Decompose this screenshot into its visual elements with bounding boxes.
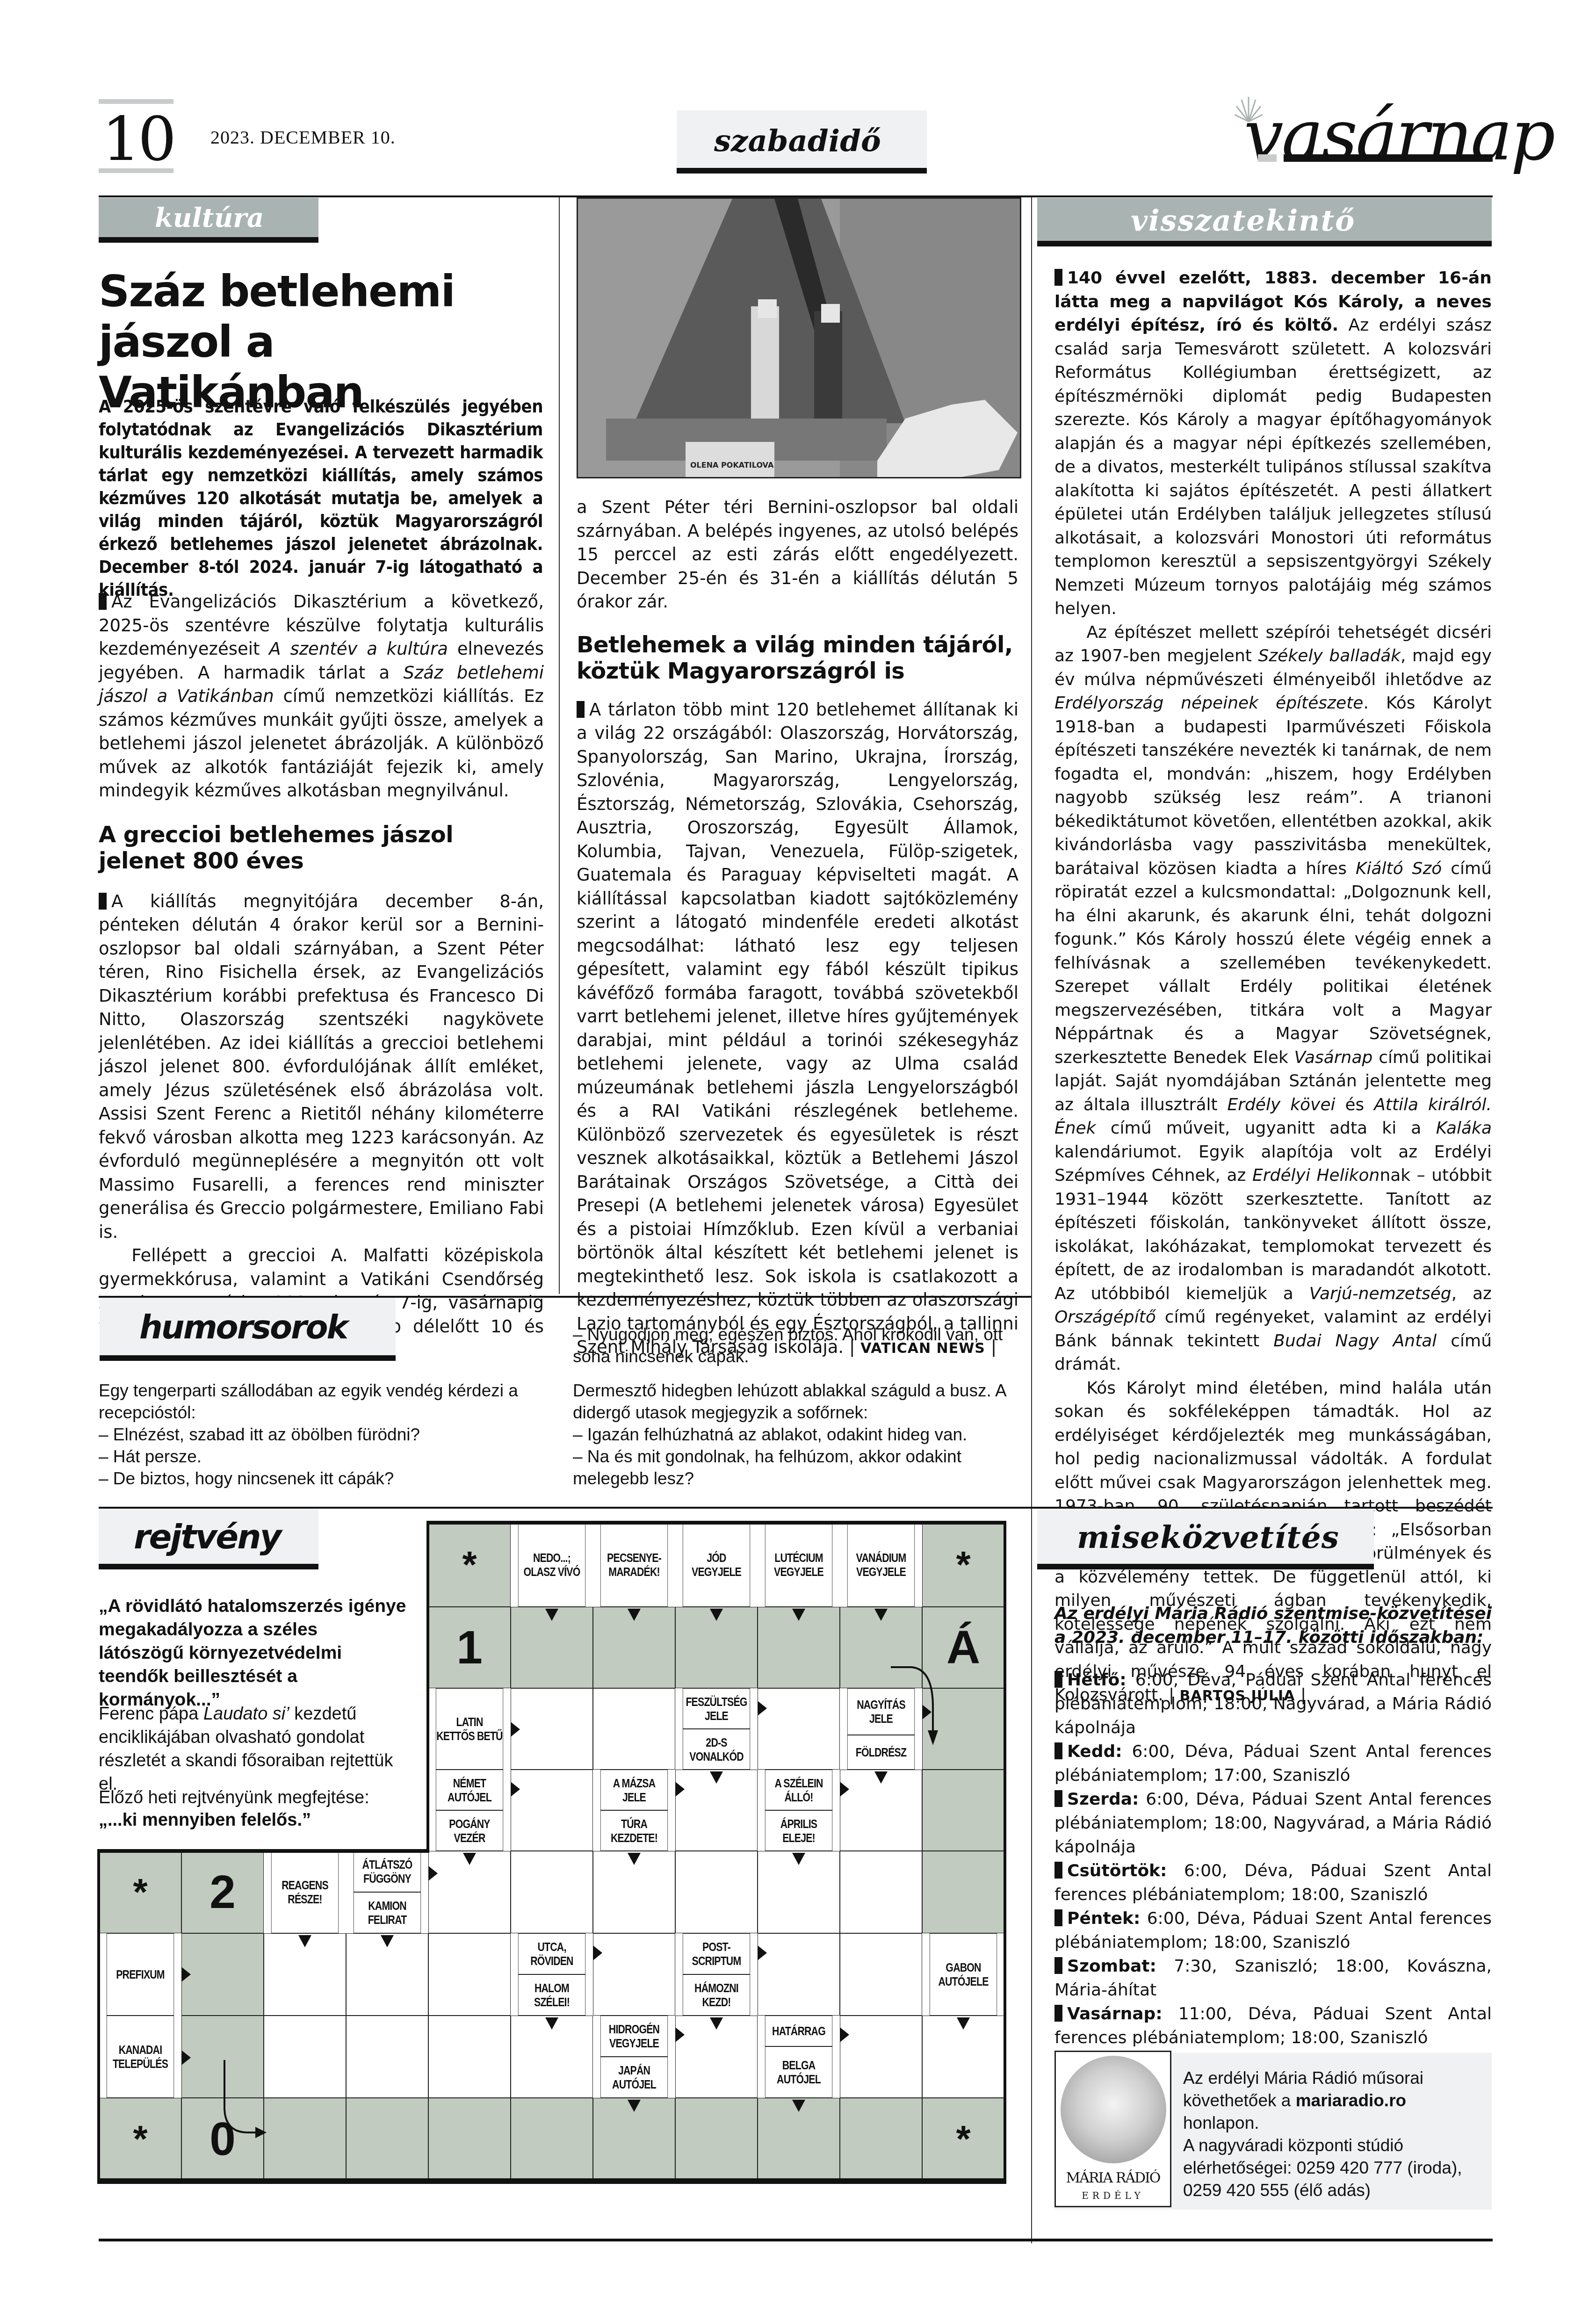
arrow-down-icon <box>710 2017 723 2030</box>
section-tab-szabadido: szabadidő <box>677 110 927 173</box>
maria-radio-info: Az erdélyi Mária Rádió műsorai követhető… <box>1183 2067 1482 2202</box>
maria-radio-logo: MÁRIA RÁDIÓ ERDÉLY <box>1054 2051 1171 2207</box>
clue-gabon: GABON AUTÓJELE <box>930 1933 997 2016</box>
section-tab-rejtveny: rejtvény <box>99 1509 318 1569</box>
curved-arrow-icon <box>220 2058 276 2142</box>
text: A tárlaton több mint 120 betlehemet állí… <box>577 700 1018 1358</box>
answer-cell[interactable] <box>840 1851 922 1933</box>
clue-jod: JÓD VEGYJELE <box>683 1523 750 1607</box>
section-tab-misekozvetites: miseközvetítés <box>1037 1509 1374 1569</box>
mass-day-item: Szerda: 6:00, Déva, Páduai Szent Antal f… <box>1054 1787 1492 1859</box>
text: . Kós Károlyt 1918-ban a budapesti Iparm… <box>1054 694 1492 878</box>
article-body-col1: Az Evangelizációs Dikasztérium a követke… <box>99 590 544 1362</box>
paragraph-marker-icon <box>1054 1909 1062 1926</box>
text-italic: Kaláka <box>1436 1119 1492 1138</box>
text: nak – utóbbit 1931–1944 között szerkeszt… <box>1054 1166 1492 1303</box>
crossword-row-number-1: 1 <box>428 1607 511 1688</box>
puzzle-intro: Ferenc pápa Laudato si’ kezdetű enciklik… <box>99 1702 407 1796</box>
paragraph-marker-icon <box>1054 269 1062 286</box>
clue-nedo: NEDO...; OLASZ VÍVÓ <box>518 1523 585 1607</box>
arrow-down-icon <box>792 2100 805 2112</box>
text-italic: Erdély kövei <box>1227 1095 1335 1114</box>
subheadline: A greccioi betlehemes jászol jelenet 800… <box>99 822 544 874</box>
answer-cell[interactable] <box>511 1770 593 1851</box>
text: , az <box>1452 1284 1492 1303</box>
joke-line: – De biztos, hogy nincsenek itt cápák? <box>99 1467 534 1489</box>
arrow-down-icon <box>710 1609 723 1621</box>
answer-cell[interactable] <box>675 2098 758 2180</box>
text: című műveit, ugyanitt adta ki a <box>1096 1119 1436 1138</box>
arrow-down-icon <box>463 1853 476 1865</box>
answer-cell[interactable] <box>840 2098 922 2180</box>
arrow-down-icon <box>874 1771 888 1784</box>
day-label: Vasárnap: <box>1067 2004 1163 2024</box>
clue-szelein: A SZÉLEIN ÁLLÓ! <box>765 1770 832 1810</box>
crossword-star-cell: * <box>922 2098 1004 2180</box>
arrow-right-icon <box>181 2050 191 2065</box>
crossword-star-cell: * <box>99 1851 181 1933</box>
clue-belga: BELGA AUTÓJEL <box>765 2046 832 2098</box>
previous-solution-answer: „...ki mennyiben felelős.” <box>99 1809 417 1831</box>
answer-cell[interactable] <box>922 1851 1004 1933</box>
arrow-right-icon <box>428 1866 438 1881</box>
section-tab-humorsorok: humorsorok <box>100 1298 396 1361</box>
clue-prefixum: PREFIXUM <box>107 1933 174 2016</box>
paragraph-marker-icon <box>577 701 585 718</box>
arrow-right-icon <box>758 1701 767 1716</box>
answer-cell[interactable] <box>675 1851 758 1933</box>
clue-latin: LATIN KETTŐS BETŰ <box>436 1688 503 1770</box>
mass-day-item: Kedd: 6:00, Déva, Páduai Szent Antal fer… <box>1054 1740 1492 1787</box>
logo-title: MÁRIA RÁDIÓ <box>1056 2170 1170 2186</box>
text-italic: Székely balladák <box>1258 646 1401 665</box>
paragraph-marker-icon <box>1054 1862 1062 1879</box>
arrow-right-icon <box>840 2027 849 2042</box>
mass-day-item: Csütörtök: 6:00, Déva, Páduai Szent Anta… <box>1054 1859 1492 1907</box>
clue-post: POST-SCRIPTUM <box>683 1933 750 1974</box>
crossword-star-cell: * <box>428 1523 511 1607</box>
logo-bar-light <box>1258 154 1277 162</box>
section-tab-visszatekinto: visszatekintő <box>1037 198 1492 246</box>
clue-japan: JAPÁN AUTÓJEL <box>600 2057 668 2098</box>
section-tab-label: rejtvény <box>134 1517 280 1556</box>
arrow-down-icon <box>792 1853 805 1865</box>
text-italic: Erdélyország népeinek építészete <box>1054 694 1363 713</box>
day-label: Szerda: <box>1067 1790 1139 1809</box>
joke-line: – Igazán felhúzhatná az ablakot, odakint… <box>573 1424 1017 1445</box>
clue-pecsenye: PECSENYE-MARADÉK! <box>600 1523 668 1607</box>
headline-line-1: Száz betlehemi <box>99 267 543 317</box>
clue-kanadai: KANADAI TELEPÜLÉS <box>107 2016 174 2098</box>
text-italic: Kiáltó Szó <box>1356 859 1442 878</box>
text: A kiállítás megnyitójára december 8-án, … <box>99 891 544 1242</box>
answer-cell[interactable] <box>922 1770 1004 1851</box>
logo-bar-dark <box>1284 154 1493 162</box>
arrow-right-icon <box>593 1945 602 1960</box>
paragraph-marker-icon <box>1054 2005 1062 2022</box>
answer-cell[interactable] <box>264 2098 346 2180</box>
arrow-down-icon <box>628 1853 641 1865</box>
arrow-down-icon <box>545 1609 558 1621</box>
answer-cell[interactable] <box>511 1851 593 1933</box>
day-label: Kedd: <box>1067 1742 1122 1761</box>
mass-schedule: Az erdélyi Mária Rádió szentmise-közvetí… <box>1054 1602 1492 2050</box>
bottom-rule <box>99 2239 1493 2241</box>
paragraph: a Szent Péter téri Bernini-oszlopsor bal… <box>577 496 1018 614</box>
answer-cell[interactable] <box>264 2016 346 2098</box>
joke-line: – Nyugodjon meg, egészen biztos. Ahol kr… <box>573 1323 1017 1367</box>
day-label: Péntek: <box>1067 1909 1140 1928</box>
answer-cell[interactable] <box>593 1688 675 1770</box>
grid-border <box>426 1521 429 1853</box>
clue-hidrogen: HIDROGÉN VEGYJELE <box>600 2016 668 2057</box>
grid-border <box>426 1521 1006 1525</box>
arrow-right-icon <box>181 1967 191 1982</box>
nativity-scene-illustration <box>578 199 1020 477</box>
clue-nemet: NÉMET AUTÓJEL <box>436 1770 503 1810</box>
arrow-right-icon <box>511 1782 520 1797</box>
crossword-star-cell: * <box>99 2098 181 2180</box>
answer-cell[interactable] <box>428 2016 511 2098</box>
arrow-down-icon <box>792 1609 805 1621</box>
arrow-right-icon <box>675 2027 685 2042</box>
arrow-right-icon <box>675 1782 685 1797</box>
section-tab-kultura: kultúra <box>99 198 318 243</box>
text: Az erdélyi szász család sarja Temesvárot… <box>1054 316 1492 618</box>
day-label: Csütörtök: <box>1067 1861 1167 1880</box>
section-tab-label: miseközvetítés <box>1077 1519 1339 1555</box>
article-body-retro: 140 évvel ezelőtt, 1883. december 16-án … <box>1054 267 1492 1708</box>
grid-border <box>97 1849 428 1853</box>
joke-2: Dermesztő hidegben lehúzott ablakkal szá… <box>573 1380 1017 1489</box>
clue-mazsa: A MÁZSA JELE <box>600 1770 668 1810</box>
clue-hamozni: HÁMOZNI KEZD! <box>683 1974 750 2016</box>
previous-solution: Előző heti rejtvényünk megfejtése: „...k… <box>99 1786 417 1831</box>
clue-vonalkod: 2D-S VONALKÓD <box>683 1729 750 1770</box>
text: és <box>1336 1095 1374 1114</box>
curved-arrow-icon <box>888 1665 945 1749</box>
paragraph-marker-icon <box>1054 1957 1062 1974</box>
madonna-image-icon <box>1061 2056 1166 2163</box>
section-tab-label: humorsorok <box>139 1308 347 1346</box>
arrow-down-icon <box>628 2100 641 2112</box>
mass-day-item: Péntek: 6:00, Déva, Páduai Szent Antal f… <box>1054 1907 1492 1954</box>
joke-line: – Na és mit gondolnak, ha felhúzom, akko… <box>573 1445 1017 1489</box>
text: Ferenc pápa <box>99 1704 203 1724</box>
answer-cell[interactable] <box>511 1688 593 1770</box>
mass-day-item: Vasárnap: 11:00, Déva, Páduai Szent Anta… <box>1054 2002 1492 2050</box>
text-italic: Országépítő <box>1054 1308 1156 1327</box>
article-lead: A 2025-ös szentévre való felkészülés jeg… <box>99 395 543 601</box>
grid-border <box>97 2178 1006 2184</box>
answer-cell[interactable] <box>593 1933 675 2016</box>
arrow-down-icon <box>957 2017 970 2030</box>
arrow-down-icon <box>874 1609 888 1621</box>
logo-subtitle: ERDÉLY <box>1056 2190 1170 2201</box>
text-italic: Vasárnap <box>1294 1048 1373 1067</box>
issue-date: 2023. DECEMBER 10. <box>210 126 396 148</box>
answer-cell[interactable] <box>346 2016 428 2098</box>
mass-intro: Az erdélyi Mária Rádió szentmise-közvetí… <box>1054 1602 1492 1649</box>
arrow-down-icon <box>628 1609 641 1621</box>
paragraph-marker-icon <box>1054 1790 1062 1807</box>
answer-cell[interactable] <box>181 1933 264 2016</box>
clue-aprilis: ÁPRILIS ELEJE! <box>765 1810 832 1851</box>
arrow-right-icon <box>758 1945 767 1960</box>
day-label: Hétfő: <box>1067 1670 1127 1690</box>
section-tab-label: visszatekintő <box>1131 203 1355 238</box>
photo-label: OLENA POKATILOVA <box>690 461 773 470</box>
paragraph-marker-icon <box>1054 1742 1062 1759</box>
clue-feszultseg: FESZÜLTSÉG JELE <box>683 1688 750 1729</box>
website-link[interactable]: mariaradio.ro <box>1296 2091 1406 2110</box>
answer-cell[interactable] <box>346 2098 428 2180</box>
clue-utca: UTCA, RÖVIDEN <box>518 1933 585 1974</box>
paragraph-marker-icon <box>99 893 107 910</box>
answer-cell[interactable] <box>428 2098 511 2180</box>
arrow-right-icon <box>511 1722 520 1737</box>
text: című röpiratát ezzel a kulcsmondattal: „… <box>1054 859 1492 1067</box>
clue-lutecium: LUTÉCIUM VEGYJELE <box>765 1523 832 1607</box>
text-italic: Varjú-nemzetség <box>1309 1284 1452 1303</box>
joke-line: Egy tengerparti szállodában az egyik ven… <box>99 1380 534 1424</box>
text-italic: Erdélyi Helikon <box>1252 1166 1379 1185</box>
text-italic: A szentév a kultúra <box>269 639 448 659</box>
column-divider <box>1031 197 1032 2243</box>
arrow-down-icon <box>381 1935 394 1947</box>
grid-border <box>97 1849 100 2182</box>
nativity-photo: OLENA POKATILOVA <box>577 197 1021 478</box>
answer-cell[interactable] <box>511 2098 593 2180</box>
paragraph-marker-icon <box>1054 1671 1062 1688</box>
mass-day-item: Hétfő: 6:00, Déva, Páduai Szent Antal fe… <box>1054 1668 1492 1740</box>
section-tab-label: szabadidő <box>714 123 881 159</box>
grid-border <box>1004 1521 1006 2182</box>
page-number-bar-bottom <box>99 168 173 173</box>
answer-cell[interactable] <box>840 2016 922 2098</box>
arrow-down-icon <box>298 1935 311 1947</box>
day-label: Szombat: <box>1067 1957 1156 1976</box>
text: A nagyváradi központi stúdió elérhetőség… <box>1183 2136 1462 2200</box>
article-body-col2: a Szent Péter téri Bernini-oszlopsor bal… <box>577 496 1018 1361</box>
text-italic: Laudato si’ <box>203 1704 289 1724</box>
mass-day-item: Szombat: 7:30, Szaniszló; 18:00, Kovászn… <box>1054 1954 1492 2002</box>
clue-tura: TÚRA KEZDETE! <box>600 1810 668 1851</box>
crossword-star-cell: * <box>922 1523 1004 1607</box>
text: honlapon. <box>1183 2113 1259 2132</box>
puzzle-quote: „A rövidlátó hatalomszerzés igénye megak… <box>99 1595 407 1712</box>
clue-kamion: KAMION FELIRAT <box>354 1892 421 1933</box>
section-tab-label: kultúra <box>155 202 264 233</box>
arrow-down-icon <box>545 2017 558 2030</box>
answer-cell[interactable] <box>840 1933 922 2016</box>
subheadline: Betlehemek a világ minden tájáról, köztü… <box>577 632 1018 684</box>
joke-1: Egy tengerparti szállodában az egyik ven… <box>99 1380 534 1489</box>
joke-1-punchline: – Nyugodjon meg, egészen biztos. Ahol kr… <box>573 1323 1017 1367</box>
previous-solution-label: Előző heti rejtvényünk megfejtése: <box>99 1786 417 1809</box>
clue-atlatszo: ÁTLÁTSZÓ FÜGGÖNY <box>354 1851 421 1892</box>
answer-cell[interactable] <box>758 1688 840 1770</box>
answer-cell[interactable] <box>758 1933 840 2016</box>
column-divider <box>559 197 560 1294</box>
clue-reagens: REAGENS RÉSZE! <box>271 1851 339 1933</box>
arrow-down-icon <box>710 1771 723 1784</box>
paragraph-marker-icon <box>99 593 107 610</box>
joke-line: – Elnézést, szabad itt az öbölben fürödn… <box>99 1424 534 1445</box>
joke-line: Dermesztő hidegben lehúzott ablakkal szá… <box>573 1380 1017 1424</box>
clue-halom: HALOM SZÉLEI! <box>518 1974 585 2016</box>
arrow-right-icon <box>840 1782 849 1797</box>
text-italic: Budai Nagy Antal <box>1273 1331 1437 1351</box>
clue-hatarrag: HATÁRRAG <box>765 2016 832 2046</box>
joke-line: – Hát persze. <box>99 1445 534 1467</box>
answer-cell[interactable] <box>428 1933 511 2016</box>
clue-pogany: POGÁNY VEZÉR <box>436 1810 503 1851</box>
clue-vanadium: VANÁDIUM VEGYJELE <box>847 1523 915 1607</box>
page-number: 10 <box>102 108 173 169</box>
crossword-row-number-2: 2 <box>181 1851 264 1933</box>
